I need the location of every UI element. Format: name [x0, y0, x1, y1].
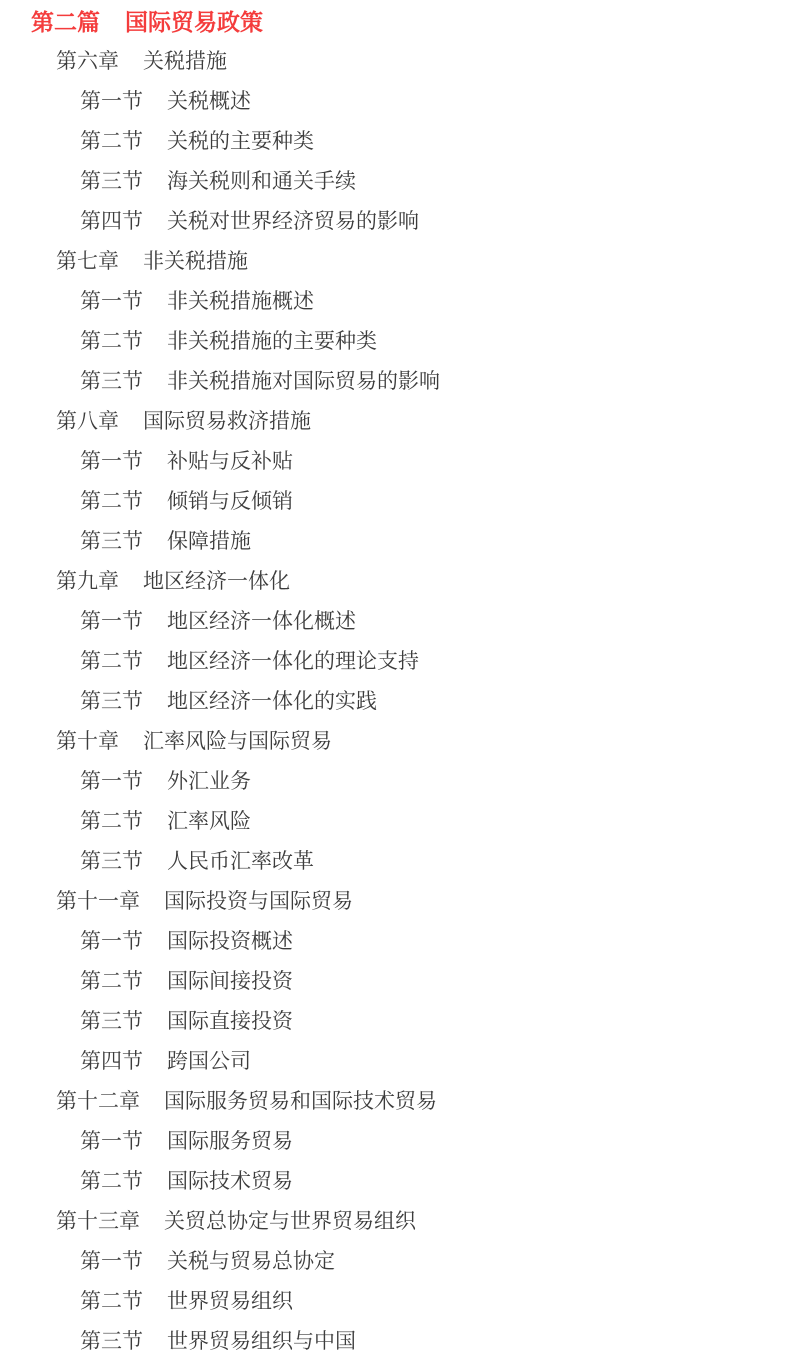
toc-chapter-row: 第六章关税措施: [0, 40, 790, 80]
toc-section-row: 第二节倾销与反倾销: [0, 480, 790, 520]
toc-section-row: 第三节地区经济一体化的实践: [0, 680, 790, 720]
section-number-label: 第三节: [80, 1325, 143, 1355]
chapter-number-label: 第十一章: [56, 885, 140, 915]
section-title: 关税与贸易总协定: [167, 1245, 335, 1275]
section-title: 国际直接投资: [167, 1005, 293, 1035]
toc-section-row: 第一节国际投资概述: [0, 920, 790, 960]
chapter-number-label: 第十章: [56, 725, 119, 755]
chapter-number-label: 第七章: [56, 245, 119, 275]
section-number-label: 第三节: [80, 165, 143, 195]
section-title: 地区经济一体化概述: [167, 605, 356, 635]
toc-section-row: 第二节国际间接投资: [0, 960, 790, 1000]
toc-section-row: 第四节关税对世界经济贸易的影响: [0, 200, 790, 240]
chapter-title: 国际服务贸易和国际技术贸易: [164, 1085, 437, 1115]
toc-list: 第六章关税措施第一节关税概述第二节关税的主要种类第三节海关税则和通关手续第四节关…: [0, 40, 790, 1360]
section-title: 地区经济一体化的理论支持: [167, 645, 419, 675]
section-title: 汇率风险: [167, 805, 251, 835]
section-title: 保障措施: [167, 525, 251, 555]
section-title: 国际服务贸易: [167, 1125, 293, 1155]
toc-section-row: 第三节保障措施: [0, 520, 790, 560]
section-number-label: 第一节: [80, 445, 143, 475]
chapter-number-label: 第六章: [56, 45, 119, 75]
section-number-label: 第二节: [80, 645, 143, 675]
toc-section-row: 第三节世界贸易组织与中国: [0, 1320, 790, 1360]
section-number-label: 第二节: [80, 1165, 143, 1195]
toc-chapter-row: 第七章非关税措施: [0, 240, 790, 280]
toc-section-row: 第二节地区经济一体化的理论支持: [0, 640, 790, 680]
toc-section-row: 第二节世界贸易组织: [0, 1280, 790, 1320]
chapter-title: 地区经济一体化: [143, 565, 290, 595]
section-number-label: 第二节: [80, 1285, 143, 1315]
section-number-label: 第四节: [80, 205, 143, 235]
section-title: 关税概述: [167, 85, 251, 115]
section-number-label: 第二节: [80, 325, 143, 355]
chapter-title: 关贸总协定与世界贸易组织: [164, 1205, 416, 1235]
toc-section-row: 第一节补贴与反补贴: [0, 440, 790, 480]
section-title: 外汇业务: [167, 765, 251, 795]
section-title: 非关税措施对国际贸易的影响: [167, 365, 440, 395]
section-title: 国际投资概述: [167, 925, 293, 955]
section-title: 补贴与反补贴: [167, 445, 293, 475]
section-number-label: 第四节: [80, 1045, 143, 1075]
chapter-title: 汇率风险与国际贸易: [143, 725, 332, 755]
toc-chapter-row: 第十章汇率风险与国际贸易: [0, 720, 790, 760]
section-number-label: 第一节: [80, 925, 143, 955]
section-number-label: 第二节: [80, 485, 143, 515]
toc-section-row: 第三节非关税措施对国际贸易的影响: [0, 360, 790, 400]
table-of-contents: 第二篇 国际贸易政策 第六章关税措施第一节关税概述第二节关税的主要种类第三节海关…: [0, 0, 790, 1360]
toc-section-row: 第一节国际服务贸易: [0, 1120, 790, 1160]
chapter-title: 关税措施: [143, 45, 227, 75]
section-number-label: 第二节: [80, 125, 143, 155]
toc-section-row: 第三节海关税则和通关手续: [0, 160, 790, 200]
section-number-label: 第三节: [80, 845, 143, 875]
section-title: 跨国公司: [167, 1045, 251, 1075]
toc-section-row: 第四节跨国公司: [0, 1040, 790, 1080]
toc-section-row: 第三节国际直接投资: [0, 1000, 790, 1040]
toc-section-row: 第二节国际技术贸易: [0, 1160, 790, 1200]
part-heading-row: 第二篇 国际贸易政策: [0, 0, 790, 40]
section-number-label: 第一节: [80, 1125, 143, 1155]
chapter-number-label: 第八章: [56, 405, 119, 435]
section-title: 地区经济一体化的实践: [167, 685, 377, 715]
toc-chapter-row: 第九章地区经济一体化: [0, 560, 790, 600]
toc-section-row: 第二节非关税措施的主要种类: [0, 320, 790, 360]
toc-section-row: 第二节关税的主要种类: [0, 120, 790, 160]
chapter-title: 国际投资与国际贸易: [164, 885, 353, 915]
chapter-number-label: 第十二章: [56, 1085, 140, 1115]
section-title: 关税对世界经济贸易的影响: [167, 205, 419, 235]
section-number-label: 第三节: [80, 525, 143, 555]
section-number-label: 第一节: [80, 1245, 143, 1275]
chapter-number-label: 第九章: [56, 565, 119, 595]
section-number-label: 第二节: [80, 965, 143, 995]
section-title: 海关税则和通关手续: [167, 165, 356, 195]
toc-chapter-row: 第十一章国际投资与国际贸易: [0, 880, 790, 920]
section-number-label: 第三节: [80, 1005, 143, 1035]
section-number-label: 第二节: [80, 805, 143, 835]
section-number-label: 第三节: [80, 365, 143, 395]
chapter-title: 非关税措施: [143, 245, 248, 275]
toc-section-row: 第一节地区经济一体化概述: [0, 600, 790, 640]
part-number-label: 第二篇: [31, 4, 100, 37]
toc-chapter-row: 第十二章国际服务贸易和国际技术贸易: [0, 1080, 790, 1120]
section-number-label: 第一节: [80, 285, 143, 315]
section-title: 人民币汇率改革: [167, 845, 314, 875]
toc-chapter-row: 第十三章关贸总协定与世界贸易组织: [0, 1200, 790, 1240]
section-title: 非关税措施的主要种类: [167, 325, 377, 355]
toc-section-row: 第一节非关税措施概述: [0, 280, 790, 320]
toc-section-row: 第三节人民币汇率改革: [0, 840, 790, 880]
part-title: 国际贸易政策: [125, 4, 263, 37]
toc-section-row: 第二节汇率风险: [0, 800, 790, 840]
section-number-label: 第三节: [80, 685, 143, 715]
section-title: 国际技术贸易: [167, 1165, 293, 1195]
toc-chapter-row: 第八章国际贸易救济措施: [0, 400, 790, 440]
section-number-label: 第一节: [80, 765, 143, 795]
toc-section-row: 第一节关税概述: [0, 80, 790, 120]
chapter-title: 国际贸易救济措施: [143, 405, 311, 435]
section-title: 世界贸易组织: [167, 1285, 293, 1315]
section-title: 倾销与反倾销: [167, 485, 293, 515]
section-number-label: 第一节: [80, 85, 143, 115]
toc-section-row: 第一节关税与贸易总协定: [0, 1240, 790, 1280]
chapter-number-label: 第十三章: [56, 1205, 140, 1235]
section-title: 世界贸易组织与中国: [167, 1325, 356, 1355]
section-title: 非关税措施概述: [167, 285, 314, 315]
section-title: 国际间接投资: [167, 965, 293, 995]
section-title: 关税的主要种类: [167, 125, 314, 155]
toc-section-row: 第一节外汇业务: [0, 760, 790, 800]
section-number-label: 第一节: [80, 605, 143, 635]
